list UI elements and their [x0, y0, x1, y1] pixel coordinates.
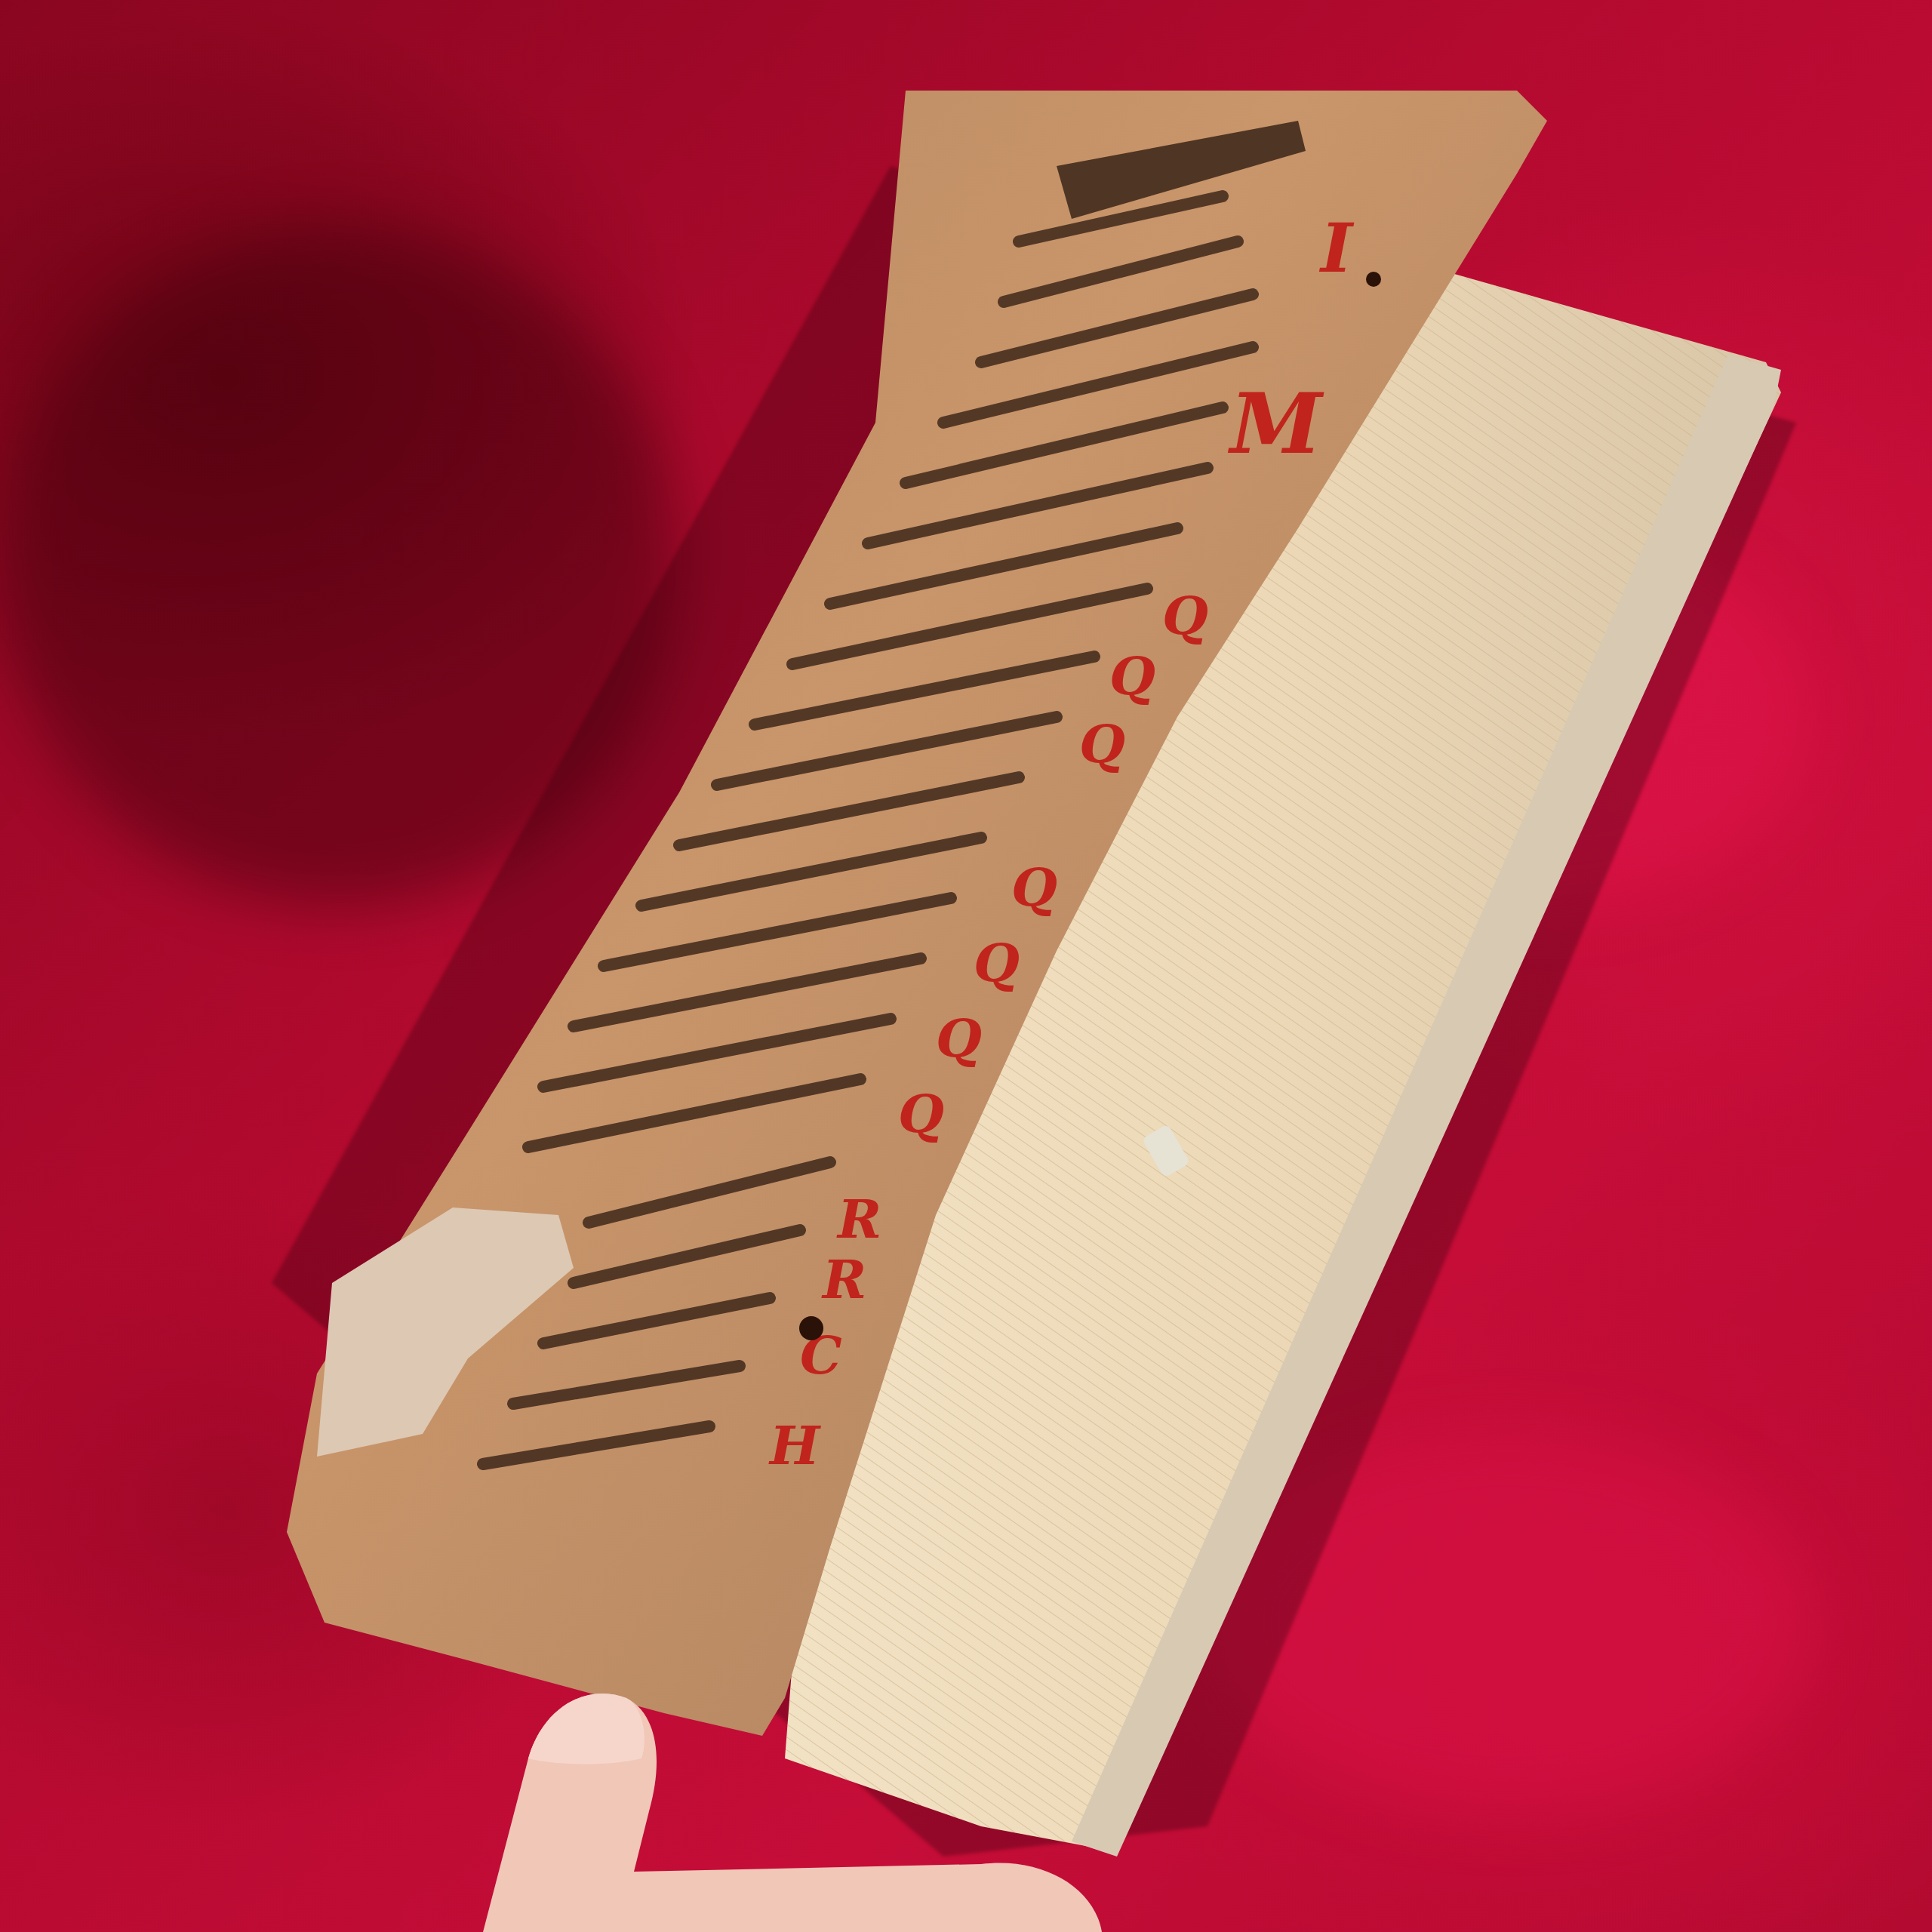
svg-text:Q: Q — [898, 1082, 944, 1145]
rubric-initial: M — [1227, 375, 1324, 472]
rubric-initial: I — [1318, 208, 1355, 288]
svg-text:H: H — [768, 1414, 821, 1477]
svg-text:Q: Q — [1079, 712, 1125, 775]
svg-text:Q: Q — [936, 1007, 982, 1069]
svg-text:R: R — [821, 1248, 866, 1311]
svg-text:Q: Q — [974, 931, 1020, 994]
svg-text:Q: Q — [1162, 584, 1208, 647]
svg-text:R: R — [836, 1188, 881, 1251]
svg-text:Q: Q — [1109, 645, 1155, 707]
book: I M Q Q Q Q Q Q Q R R C H — [0, 0, 1932, 1932]
svg-text:Q: Q — [1011, 856, 1057, 918]
